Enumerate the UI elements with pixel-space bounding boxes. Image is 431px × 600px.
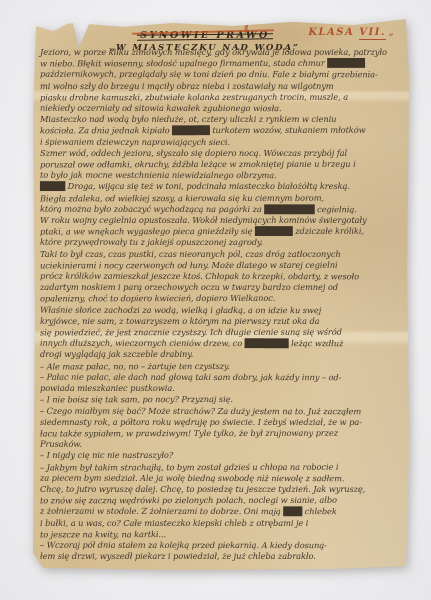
handwritten-line: – I nie boisz się tak sam, po nocy? Przy… (40, 394, 406, 406)
handwritten-line: łacu także sypiałem, w prawdziwym! Tyle … (40, 428, 406, 440)
handwritten-line: to było jak mocne westchnienia niewidzia… (40, 170, 406, 182)
red-ink-spot (239, 20, 243, 24)
handwritten-line: to jeszcze na kwity, na kartki... (40, 528, 406, 540)
handwritten-line: za piecem bym siedział. Ale ja wolę bied… (40, 472, 406, 484)
handwritten-line: kościoła. Za dnia jednak kipiało ██████ … (40, 125, 406, 137)
handwritten-line: innych dłuższych, wieczornych cieniów dr… (40, 338, 406, 350)
handwritten-line: powiada mieszkaniec pustkowia. (40, 383, 406, 394)
handwritten-line: z żołnierzami w stodole. Z żołnierzami t… (40, 506, 406, 518)
handwritten-line: ████ Droga, wijąca się też w toni, podci… (40, 181, 406, 192)
handwritten-line: – I nigdy cię nic nie nastraszyło? (40, 450, 406, 461)
photo-background: KLASA VII.„ SYNOWIE PRAWO „W MIASTECZKU … (0, 0, 431, 600)
handwritten-line: mi wolno szły do brzegu i mąciły obraz n… (40, 81, 406, 92)
handwritten-line: i bułki, a u was, co? Całe miasteczko ki… (40, 518, 406, 529)
handwritten-line: które przywędrowały tu z jakiejś opuszcz… (40, 237, 406, 249)
handwritten-line: piasku drobne kamuszki, zbutwiałe kolank… (40, 91, 406, 103)
handwritten-line: Właśnie słońce zachodzi za wodą, wielką … (40, 304, 406, 316)
handwritten-line: drogi wyglądają jak szczeble drabiny. (40, 349, 406, 360)
handwritten-line: październikowych, przeglądały się w toni… (40, 69, 406, 81)
handwritten-line: prócz królików zamieszkał jeszcze ktoś. … (40, 271, 406, 283)
crossed-out-title: SYNOWIE PRAWO (140, 30, 270, 41)
handwritten-line: – Czego miałbym się bać? Może strachów? … (40, 405, 406, 417)
handwritten-line: którą można było zobaczyć wychodzącą na … (40, 204, 406, 216)
handwritten-line: – Pałac nie pałac, ale dach nad głową ta… (40, 372, 406, 384)
essay-body: Jezioro, w porze kilku zimowych miesięcy… (40, 47, 406, 562)
class-label: KLASA (308, 27, 354, 38)
grading-mark: „ (389, 27, 395, 37)
handwritten-line: Biegła zdaleka, od wielkiej szosy, a kie… (40, 192, 406, 204)
handwritten-line: W roku wojny cegielnia opustoszała. Wokó… (40, 215, 406, 226)
handwritten-line: – Ale masz pałac, no, no – żartuje ten c… (40, 360, 406, 372)
handwritten-line: siedemnasty rok, a półtora roku wędruję … (40, 417, 406, 428)
class-number: VII. (359, 27, 386, 40)
manuscript-page: KLASA VII.„ SYNOWIE PRAWO „W MIASTECZKU … (33, 18, 409, 570)
handwritten-line: – Wczoraj pół dnia stałem za kolejką prz… (40, 540, 406, 552)
handwritten-line: uciekinierami i nocy czerwonych od łuny.… (40, 259, 406, 271)
handwritten-line: Szmer wód, oddech jeziora, słyszało się … (40, 148, 406, 159)
handwritten-line: opalenizny, choć to dopiero kwiecień, do… (40, 293, 406, 305)
handwritten-line: Jezioro, w porze kilku zimowych miesięcy… (40, 47, 406, 58)
handwritten-line: Prusaków. (40, 439, 406, 451)
handwritten-line: Taki to był czas, czas pustki, czas nieo… (40, 249, 406, 260)
handwritten-line: – Jakbym był takim strachajłą, to bym zo… (40, 461, 406, 473)
manuscript-wrapper: KLASA VII.„ SYNOWIE PRAWO „W MIASTECZKU … (33, 18, 409, 570)
handwritten-line: niekiedy oczerniały od sitowia kawałek z… (40, 103, 406, 115)
class-marking: KLASA VII.„ (308, 27, 395, 38)
handwritten-line: kryjówce, nie sam, z towarzyszem o który… (40, 316, 406, 327)
handwritten-line: łem się drzwi, wyszedł piekarz i powiedz… (40, 551, 406, 562)
handwritten-line: Chcę, to jutro wyruszę dalej. Chcę, to p… (40, 484, 406, 495)
handwritten-line: i śpiewaniem dziewczyn naprawiających si… (40, 136, 406, 148)
